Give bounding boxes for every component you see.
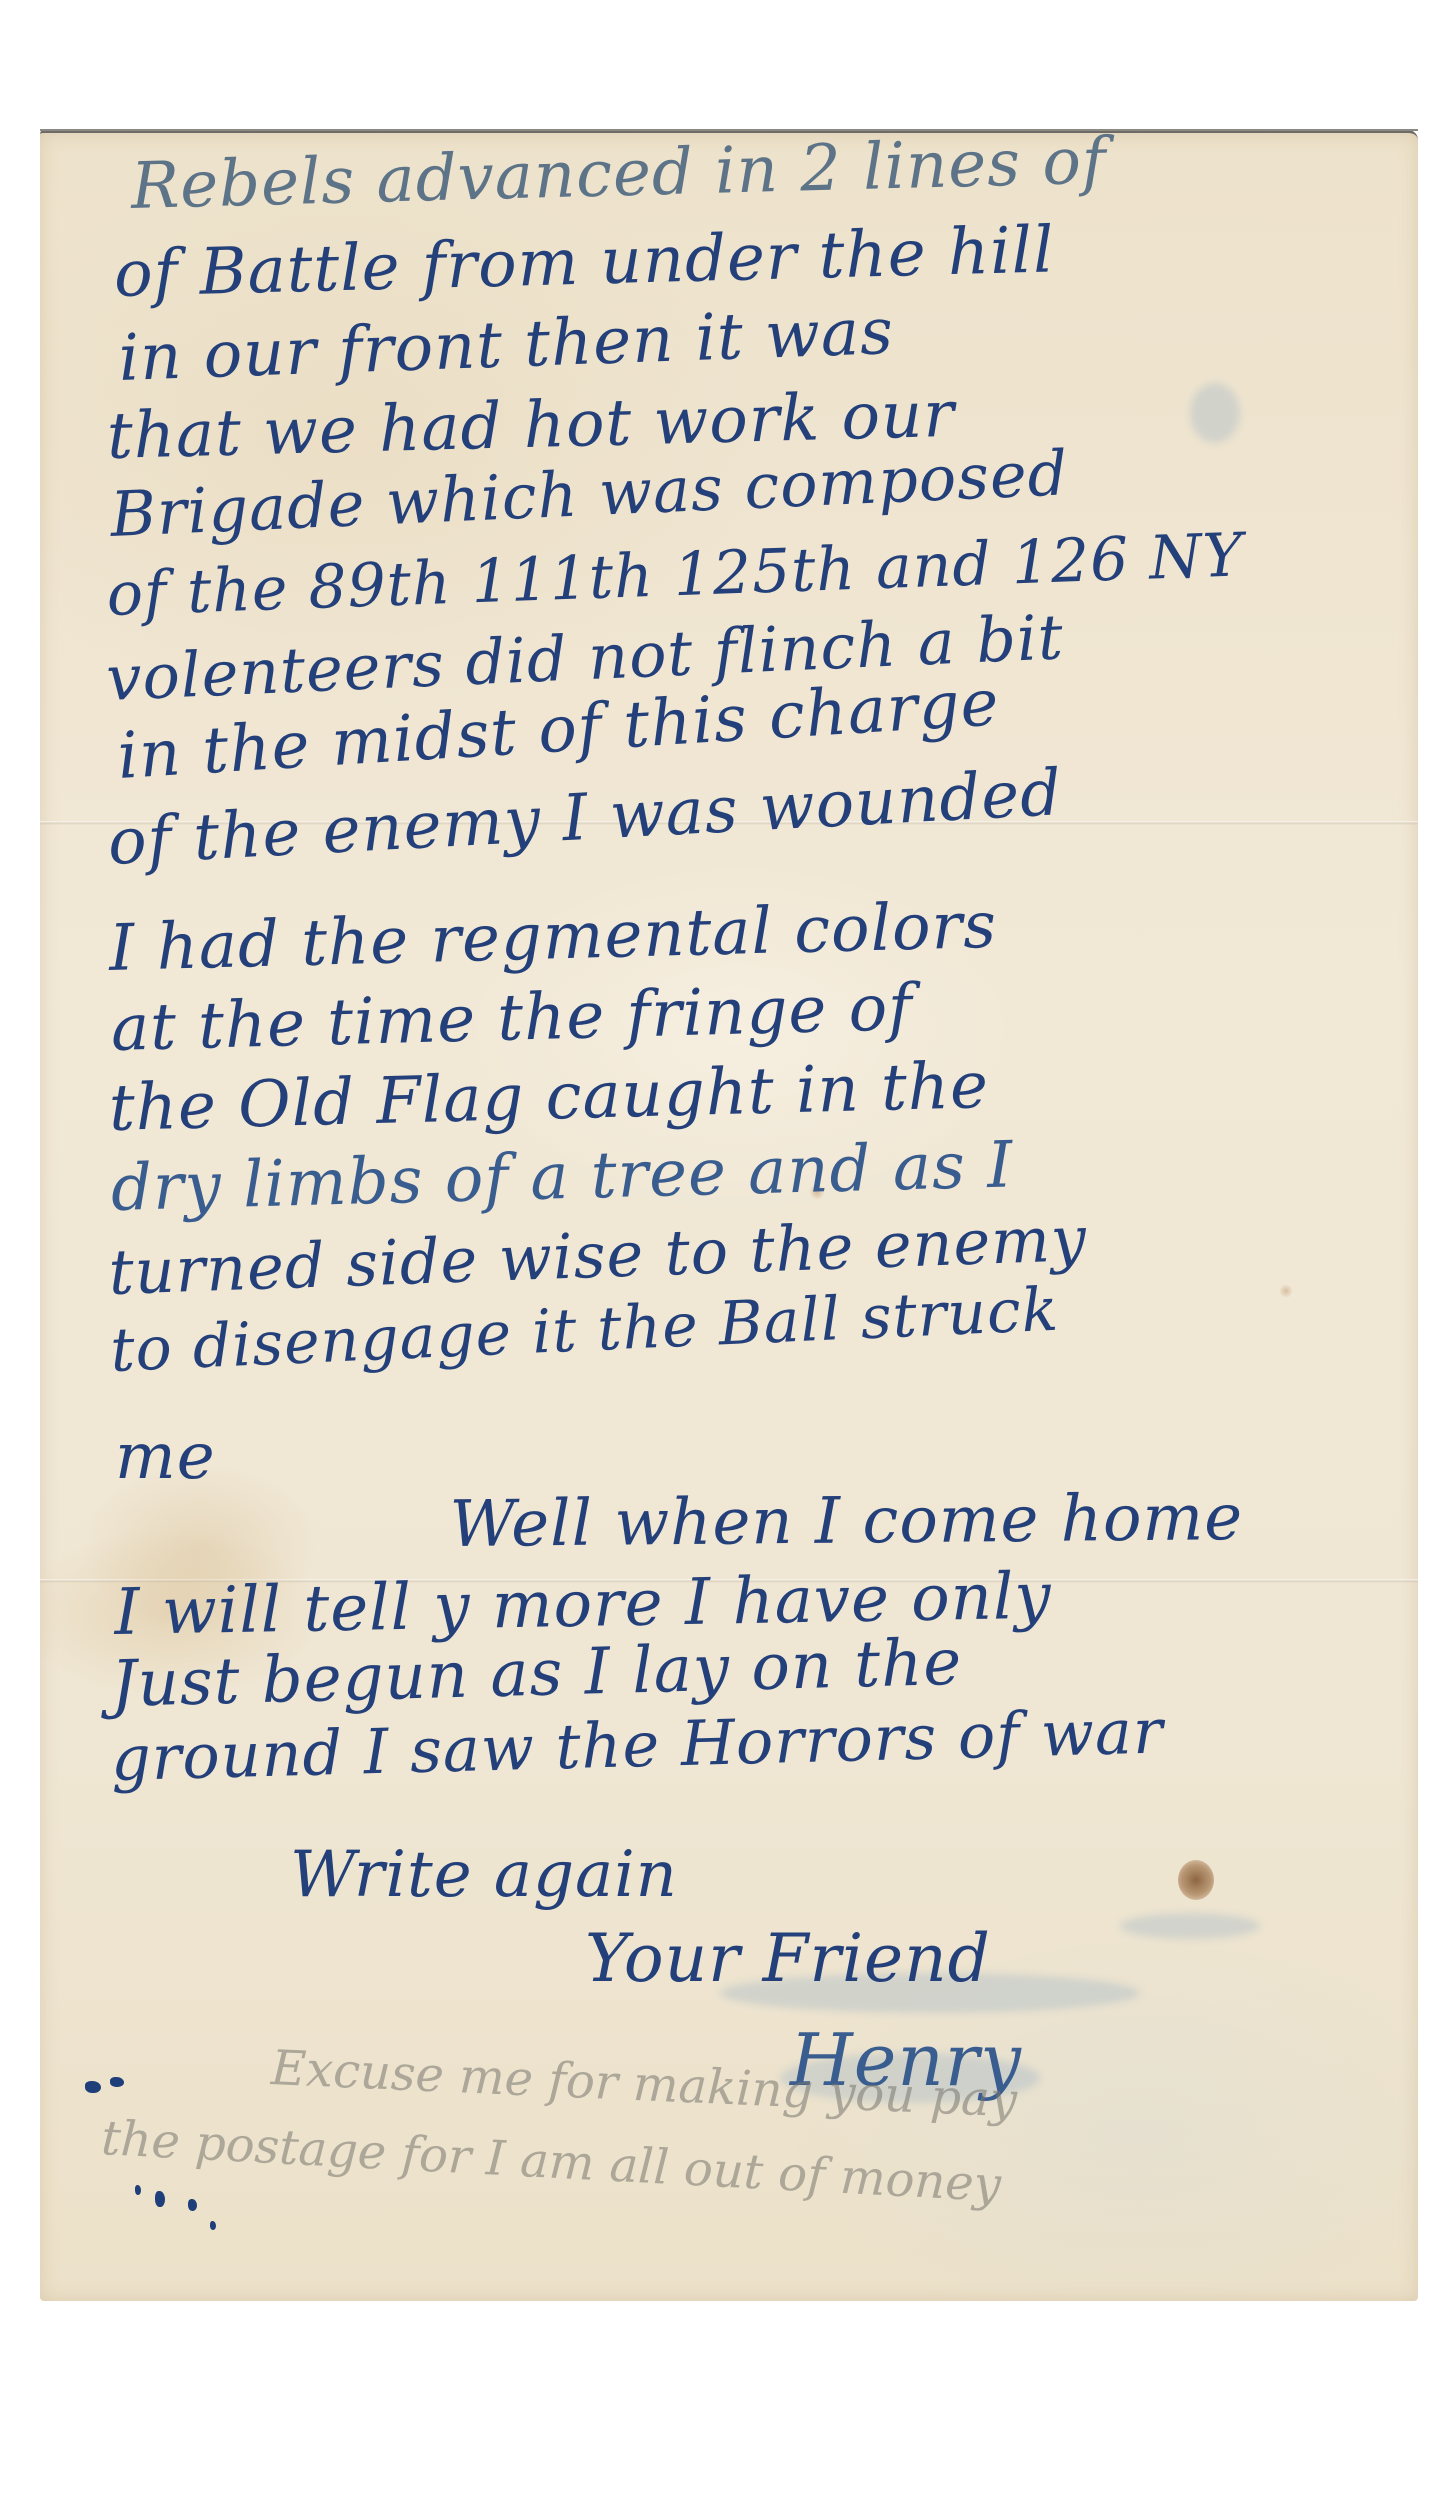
closing-write-again: Write again bbox=[290, 1838, 678, 1912]
letter-line: me bbox=[115, 1420, 216, 1494]
ink-blot bbox=[85, 2081, 101, 2093]
ink-blot bbox=[210, 2221, 216, 2230]
brown-ink-spot bbox=[1178, 1860, 1214, 1900]
ink-blot bbox=[135, 2185, 141, 2195]
ink-blot bbox=[155, 2191, 165, 2207]
ink-smudge bbox=[1190, 383, 1240, 443]
letter-line: Well when I come home bbox=[449, 1481, 1243, 1562]
ink-blot bbox=[110, 2077, 124, 2087]
ink-blot bbox=[188, 2199, 197, 2211]
ink-smudge bbox=[1120, 1913, 1260, 1939]
valediction-your-friend: Your Friend bbox=[585, 1920, 991, 1997]
small-stain bbox=[1280, 1283, 1292, 1299]
